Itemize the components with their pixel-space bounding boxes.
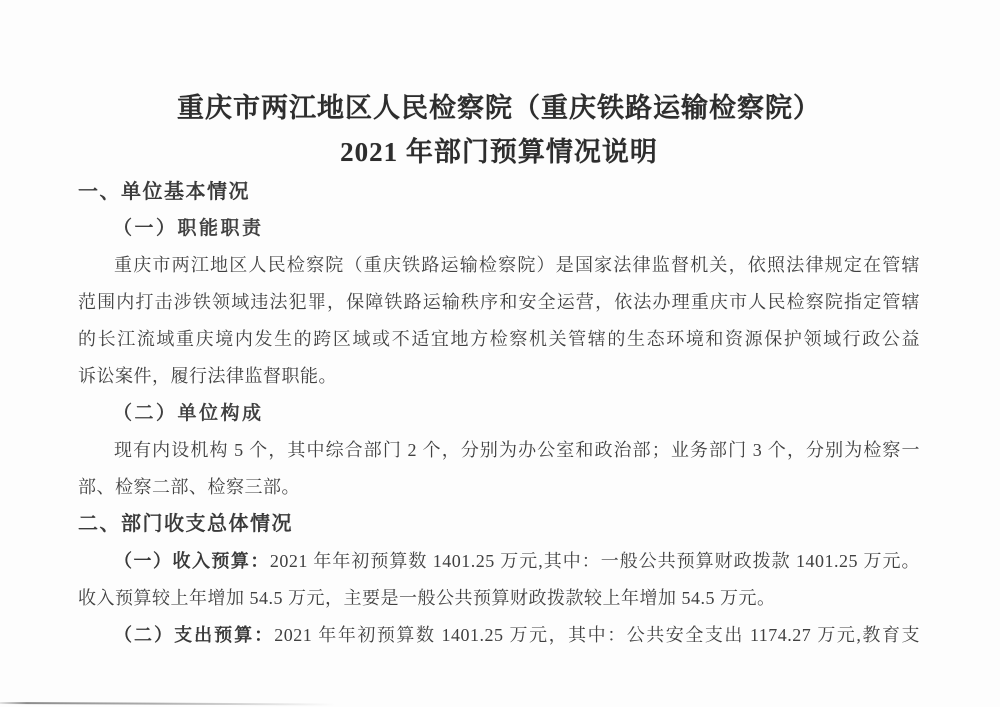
expense-budget-text: 2021 年年初预算数 1401.25 万元，其中：公共安全支出 1174.27… bbox=[274, 625, 920, 645]
section-1-heading: 一、单位基本情况 bbox=[78, 174, 920, 210]
paragraph-line: 的长江流域重庆境内发生的跨区域或不适宜地方检察机关管辖的生态环境和资源保护领域行… bbox=[78, 321, 920, 358]
scan-artifact-line bbox=[0, 702, 335, 705]
document-title-line2: 2021 年部门预算情况说明 bbox=[78, 130, 920, 174]
expense-budget-line1: （二）支出预算：2021 年年初预算数 1401.25 万元，其中：公共安全支出… bbox=[78, 617, 920, 654]
paragraph-line: 现有内设机构 5 个，其中综合部门 2 个，分别为办公室和政治部；业务部门 3 … bbox=[78, 432, 920, 469]
expense-budget-label: （二）支出预算： bbox=[114, 625, 274, 645]
document-page: 重庆市两江地区人民检察院（重庆铁路运输检察院） 2021 年部门预算情况说明 一… bbox=[0, 0, 1000, 707]
income-budget-label: （一）收入预算： bbox=[114, 551, 270, 571]
income-budget-text: 2021 年年初预算数 1401.25 万元,其中：一般公共预算财政拨款 140… bbox=[270, 551, 920, 571]
income-budget-line2: 收入预算较上年增加 54.5 万元，主要是一般公共预算财政拨款较上年增加 54.… bbox=[78, 580, 920, 617]
section-1-2-heading: （二）单位构成 bbox=[78, 395, 920, 432]
section-2-heading: 二、部门收支总体情况 bbox=[78, 506, 920, 543]
document-title-line1: 重庆市两江地区人民检察院（重庆铁路运输检察院） bbox=[78, 86, 920, 130]
paragraph-line: 诉讼案件，履行法律监督职能。 bbox=[78, 358, 920, 395]
paragraph-line: 部、检察二部、检察三部。 bbox=[78, 469, 920, 506]
paragraph-line: 范围内打击涉铁领域违法犯罪，保障铁路运输秩序和安全运营，依法办理重庆市人民检察院… bbox=[78, 284, 920, 321]
paragraph-line: 重庆市两江地区人民检察院（重庆铁路运输检察院）是国家法律监督机关，依照法律规定在… bbox=[78, 247, 920, 284]
document-title: 重庆市两江地区人民检察院（重庆铁路运输检察院） 2021 年部门预算情况说明 bbox=[78, 86, 920, 174]
income-budget-line1: （一）收入预算：2021 年年初预算数 1401.25 万元,其中：一般公共预算… bbox=[78, 543, 920, 580]
section-1-1-heading: （一）职能职责 bbox=[78, 210, 920, 247]
